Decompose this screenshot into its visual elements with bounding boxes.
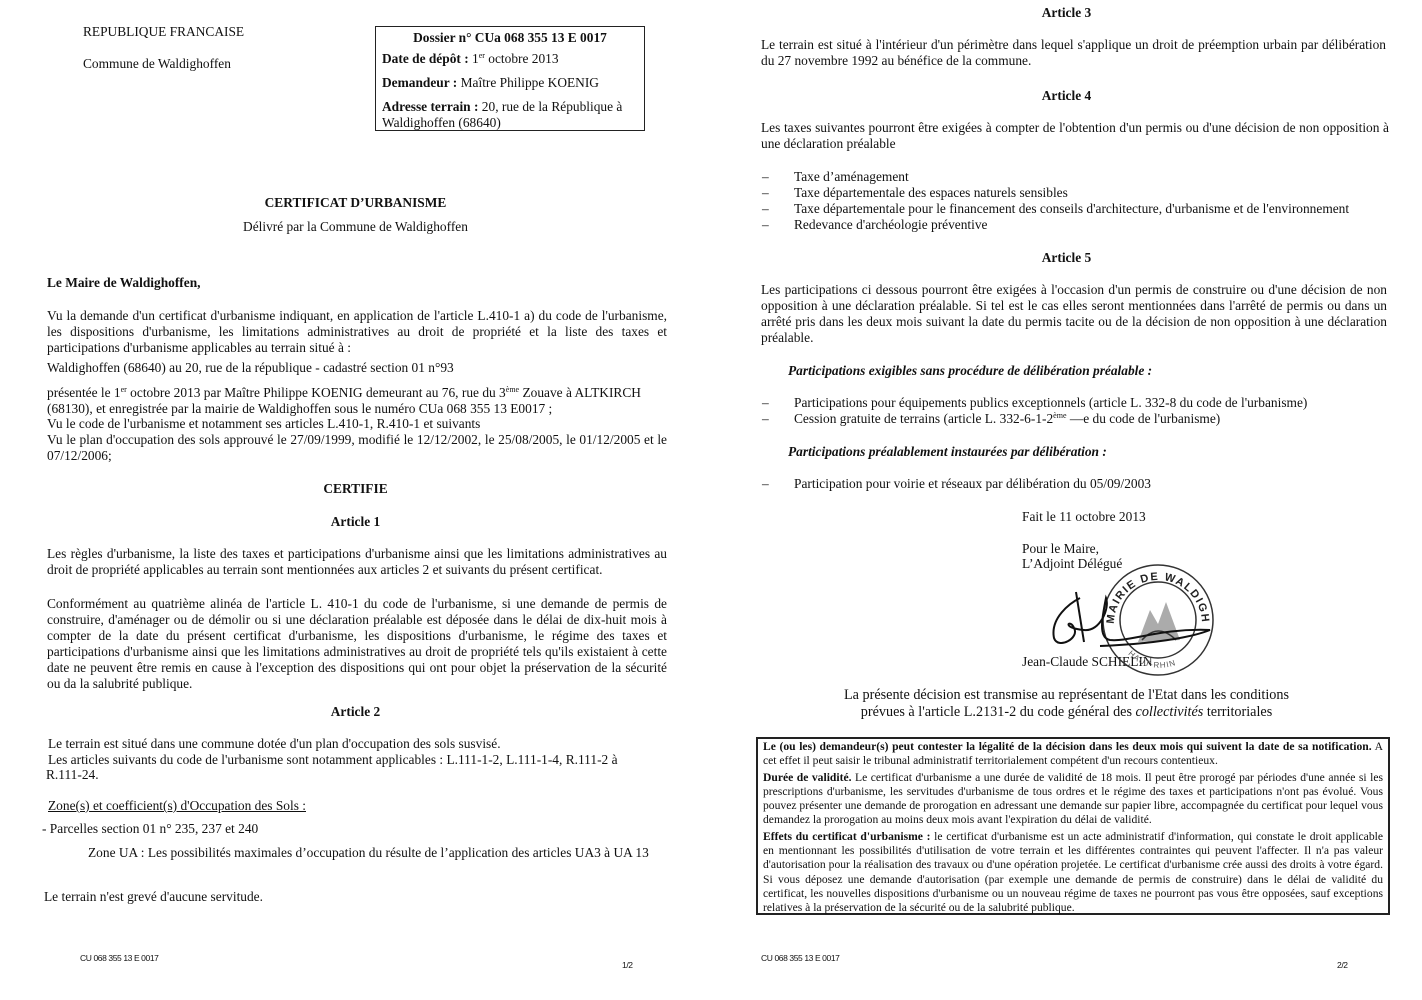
presentee-line: présentée le 1er octobre 2013 par Maître… bbox=[47, 385, 667, 401]
adresse-terrain-city: Waldighoffen (68640) bbox=[382, 115, 638, 131]
signature-icon bbox=[1040, 588, 1220, 658]
republic-label: REPUBLIQUE FRANCAISE bbox=[83, 24, 244, 40]
vu-demande-paragraph: Vu la demande d'un certificat d'urbanism… bbox=[47, 308, 667, 356]
date-depot: Date de dépôt : 1er octobre 2013 bbox=[382, 51, 638, 67]
article-1-title: Article 1 bbox=[0, 514, 711, 530]
list-item: –Taxe d’aménagement bbox=[762, 169, 1349, 185]
participations-sans-list: –Participations pour équipements publics… bbox=[762, 395, 1307, 427]
document-title: CERTIFICAT D’URBANISME bbox=[0, 195, 711, 211]
article-4-title: Article 4 bbox=[711, 88, 1422, 104]
article-2-line-1: Le terrain est situé dans une commune do… bbox=[48, 736, 501, 752]
enregistree-line: (68130), et enregistrée par la mairie de… bbox=[47, 401, 552, 417]
article-2-line-2: Les articles suivants du code de l'urban… bbox=[48, 752, 618, 768]
dossier-box: Dossier n° CUa 068 355 13 E 0017 Date de… bbox=[375, 26, 645, 131]
footer-reference: CU 068 355 13 E 0017 bbox=[761, 953, 839, 963]
list-item: –Cession gratuite de terrains (article L… bbox=[762, 411, 1307, 427]
list-item: –Participation pour voirie et réseaux pa… bbox=[762, 476, 1151, 492]
page-1: REPUBLIQUE FRANCAISE Commune de Waldigho… bbox=[0, 0, 711, 1000]
article-3-text: Le terrain est situé à l'intérieur d'un … bbox=[761, 37, 1386, 69]
transmission-line-2: prévues à l'article L.2131-2 du code gén… bbox=[711, 704, 1422, 721]
vu-plan-line: Vu le plan d'occupation des sols approuv… bbox=[47, 432, 667, 464]
footer-reference: CU 068 355 13 E 0017 bbox=[80, 953, 158, 963]
notice-effets: Effets du certificat d'urbanisme : le ce… bbox=[763, 830, 1383, 916]
article-1-para-2: Conformément au quatrième alinéa de l'ar… bbox=[47, 596, 667, 692]
parcelles-line: - Parcelles section 01 n° 235, 237 et 24… bbox=[42, 821, 258, 837]
pour-le-maire: Pour le Maire, bbox=[1022, 541, 1099, 557]
vu-code-line: Vu le code de l'urbanisme et notamment s… bbox=[47, 416, 480, 432]
list-item: –Taxe départementale pour le financement… bbox=[762, 201, 1349, 217]
list-item: –Taxe départementale des espaces naturel… bbox=[762, 185, 1349, 201]
article-5-text: Les participations ci dessous pourront ê… bbox=[761, 282, 1387, 346]
fait-le-date: Fait le 11 octobre 2013 bbox=[1022, 509, 1146, 525]
article-4-text: Les taxes suivantes pourront être exigée… bbox=[761, 120, 1389, 152]
article-1-para-1: Les règles d'urbanisme, la liste des tax… bbox=[47, 546, 667, 578]
article-2-line-3: R.111-24. bbox=[46, 767, 99, 783]
taxes-list: –Taxe d’aménagement –Taxe départementale… bbox=[762, 169, 1349, 233]
footer-page-number: 2/2 bbox=[1337, 960, 1348, 970]
terrain-address: Waldighoffen (68640) au 20, rue de la ré… bbox=[47, 360, 454, 376]
servitude-line: Le terrain n'est grevé d'aucune servitud… bbox=[44, 889, 263, 905]
commune-label: Commune de Waldighoffen bbox=[83, 56, 231, 72]
list-item: –Redevance d'archéologie préventive bbox=[762, 217, 1349, 233]
list-item: –Participations pour équipements publics… bbox=[762, 395, 1307, 411]
article-2-title: Article 2 bbox=[0, 704, 711, 720]
footer-page-number: 1/2 bbox=[622, 960, 633, 970]
certifie-heading: CERTIFIE bbox=[0, 481, 711, 497]
notice-validite: Durée de validité. Le certificat d'urban… bbox=[763, 771, 1383, 828]
participations-deliberation-list: –Participation pour voirie et réseaux pa… bbox=[762, 476, 1151, 492]
transmission-line-1: La présente décision est transmise au re… bbox=[711, 687, 1422, 704]
participations-deliberation-heading: Participations préalablement instaurées … bbox=[788, 444, 1107, 460]
article-3-title: Article 3 bbox=[711, 5, 1422, 21]
participations-sans-heading: Participations exigibles sans procédure … bbox=[788, 363, 1152, 379]
zones-heading: Zone(s) et coefficient(s) d'Occupation d… bbox=[48, 798, 306, 814]
dossier-number: Dossier n° CUa 068 355 13 E 0017 bbox=[382, 30, 638, 46]
demandeur: Demandeur : Maître Philippe KOENIG bbox=[382, 75, 638, 91]
adresse-terrain: Adresse terrain : 20, rue de la Républiq… bbox=[382, 99, 638, 115]
legal-notice-box: Le (ou les) demandeur(s) peut contester … bbox=[756, 737, 1390, 915]
document-subtitle: Délivré par la Commune de Waldighoffen bbox=[0, 219, 711, 235]
zone-ua-line: Zone UA : Les possibilités maximales d’o… bbox=[88, 845, 649, 861]
notice-contestation: Le (ou les) demandeur(s) peut contester … bbox=[763, 740, 1383, 769]
article-5-title: Article 5 bbox=[711, 250, 1422, 266]
maire-heading: Le Maire de Waldighoffen, bbox=[47, 275, 201, 291]
